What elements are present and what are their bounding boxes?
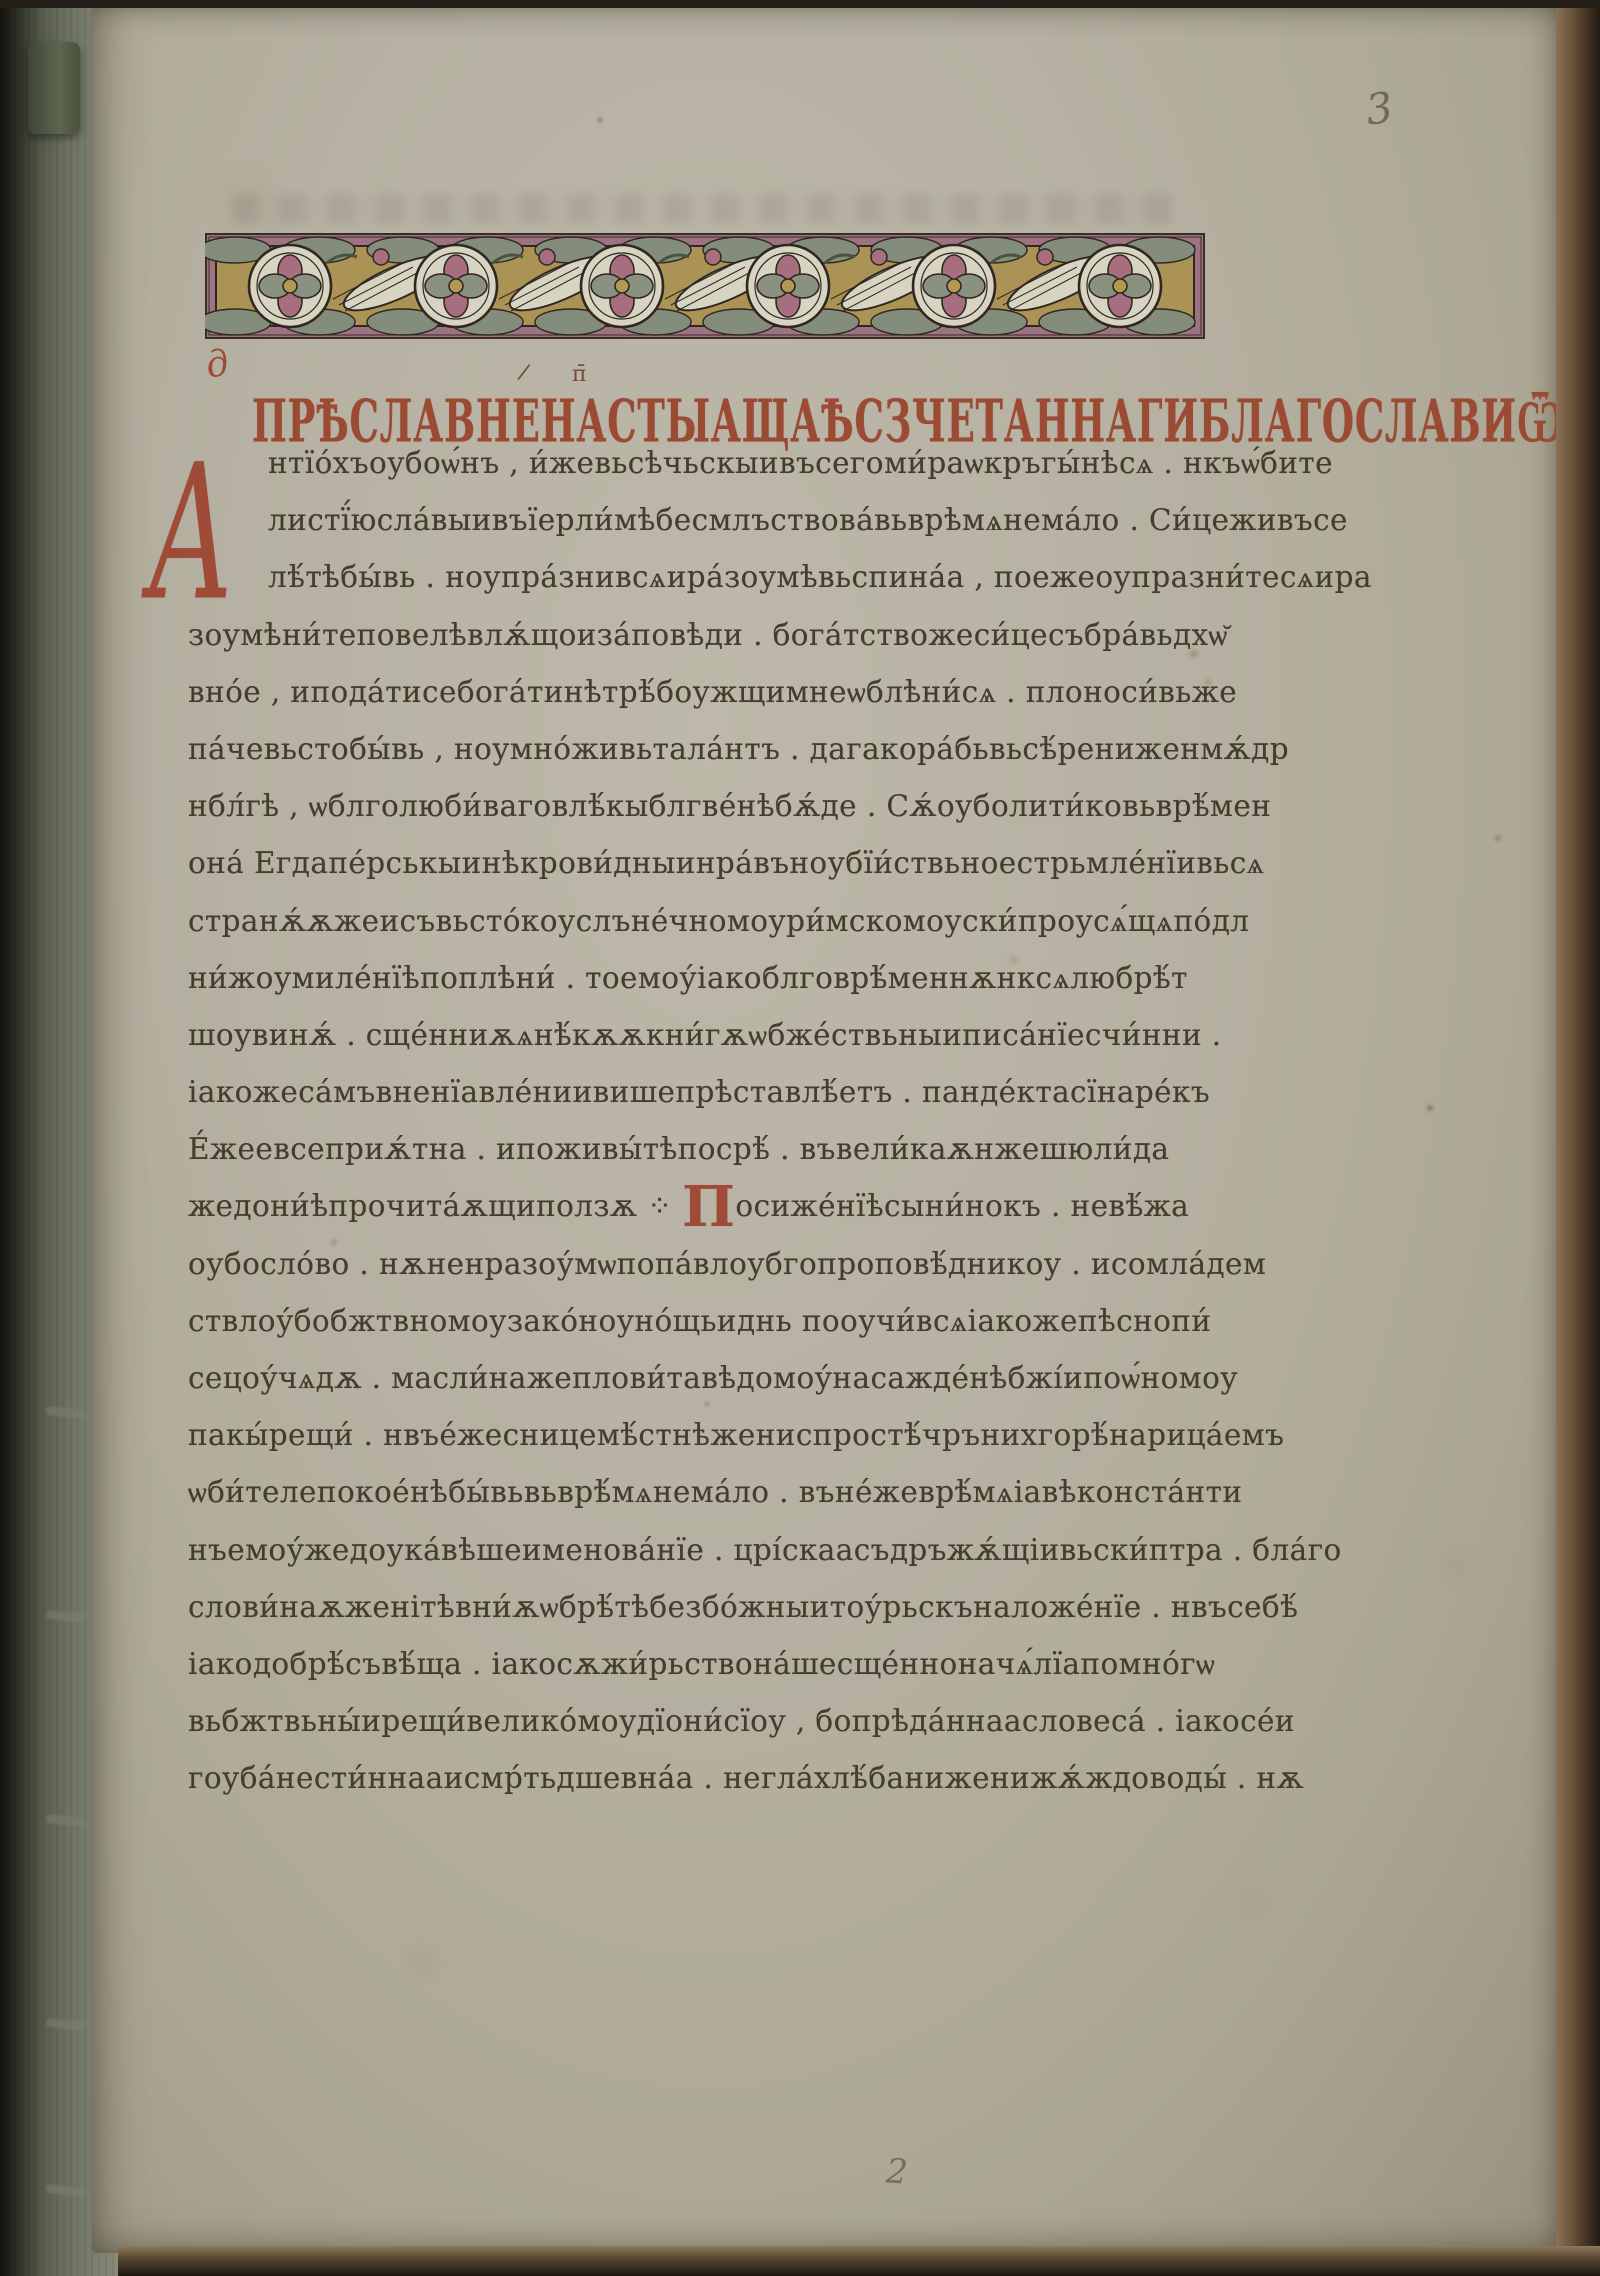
folio-number-bottom: 2: [885, 2151, 909, 2192]
manuscript-line: оубосло́во . нѫненразоу́мѡпопа́влоубгопр…: [188, 1247, 1286, 1304]
manuscript-line: странѫ́ѫжеисъвьсто́коуслъне́чномоури́мск…: [188, 904, 1286, 961]
manuscript-line: гоуба́нести́ннааисмр́тьдшевна́а . негла́…: [188, 1761, 1286, 1818]
page-block-right-edge: [1556, 0, 1600, 2276]
manuscript-line: ствлоу́бобжтвномоузако́ноуно́щьиднь пооу…: [188, 1304, 1286, 1361]
spine-endband: [28, 42, 80, 134]
manuscript-line: вно́е , ипода́тисебога́тинѣтрѣ́боужщимне…: [188, 675, 1286, 732]
manuscript-line: зоумѣни́теповелѣвлѫ́щоиза́повѣди . бога́…: [188, 618, 1286, 675]
manuscript-line: вьбжтвьны́ирещи́велико́моудїони́сїоу , б…: [188, 1704, 1286, 1761]
manuscript-line: ни́жоумиле́нїѣпоплѣни́ . тоемоу́іакоблго…: [188, 961, 1286, 1018]
line-segment: осиже́нїѣсыни́нокъ . невѣ́жа: [735, 1189, 1189, 1223]
interlinear-annotation: п̄: [572, 362, 587, 387]
manuscript-line: нтїо́хъоубоѡ́нъ , и́жевьсѣчьскыивъсегоми…: [188, 446, 1286, 503]
photo-top-edge: [0, 0, 1600, 8]
line-segment: жедони́ѣпрочита́ѫщиползѫ ⁘: [188, 1189, 682, 1223]
headpiece-ornament: [205, 233, 1205, 339]
manuscript-line: сецоу́чѧдѫ . масли́нажеплови́тавѣдомоу́н…: [188, 1361, 1286, 1418]
text-block: нтїо́хъоубоѡ́нъ , и́жевьсѣчьскыивъсегоми…: [188, 446, 1286, 1819]
manuscript-line: листї́юсла́выивъїерли́мѣбесмлъствова́вьв…: [188, 503, 1286, 560]
verso-showthrough: [232, 194, 1176, 224]
manuscript-line: пакы́рещи́ . нвъе́жесницемѣ́стнѣжениспро…: [188, 1418, 1286, 1475]
manuscript-line: Е́жеевсеприѫ́тна . ипоживы́тѣпосрѣ́ . въ…: [188, 1132, 1286, 1189]
manuscript-line: іакодобрѣ́съвѣ́ща . іакосѫжи́рьствона́ше…: [188, 1647, 1286, 1704]
manuscript-photo: д ∕ п̄ ПРѢСЛАВНЕНАСТЫАЩАѢСЗЧЕТАННАГИБЛАГ…: [0, 0, 1600, 2276]
manuscript-line: лѣ́тѣбы́вь . ноупра́знивсѧира́зоумѣвьспи…: [188, 560, 1286, 617]
manuscript-line: она́ Егдапе́рськыинѣкрови́дныинра́въноуб…: [188, 846, 1286, 903]
page-block-bottom-edge: [118, 2246, 1600, 2276]
manuscript-line-with-initial: жедони́ѣпрочита́ѫщиползѫ ⁘ Посиже́нїѣсын…: [188, 1189, 1286, 1246]
manuscript-line: па́чевьстобы́вь , ноумно́живьтала́нтъ . …: [188, 732, 1286, 789]
manuscript-line: іакожеса́мъвненїавле́ниивишепрѣставлѣ́ет…: [188, 1075, 1286, 1132]
manuscript-line: нъемоу́жедоука́вѣшеименова́нїе . црі́ска…: [188, 1533, 1286, 1590]
manuscript-line: шоувинѫ́ . сще́нниѫѧнѣ́кѫѫкни́гѫѡбже́ств…: [188, 1018, 1286, 1075]
manuscript-line: нбл́гѣ , ѡблголюби́ваговлѣ́кыблгве́нѣбѫ́…: [188, 789, 1286, 846]
manuscript-line: ѡби́телепокое́нѣбы́вьвьврѣ́мѧнема́ло . в…: [188, 1475, 1286, 1532]
manuscript-line: слови́наѫженітѣвни́ѫѡбрѣ́тѣбезбо́жныитоу…: [188, 1590, 1286, 1647]
